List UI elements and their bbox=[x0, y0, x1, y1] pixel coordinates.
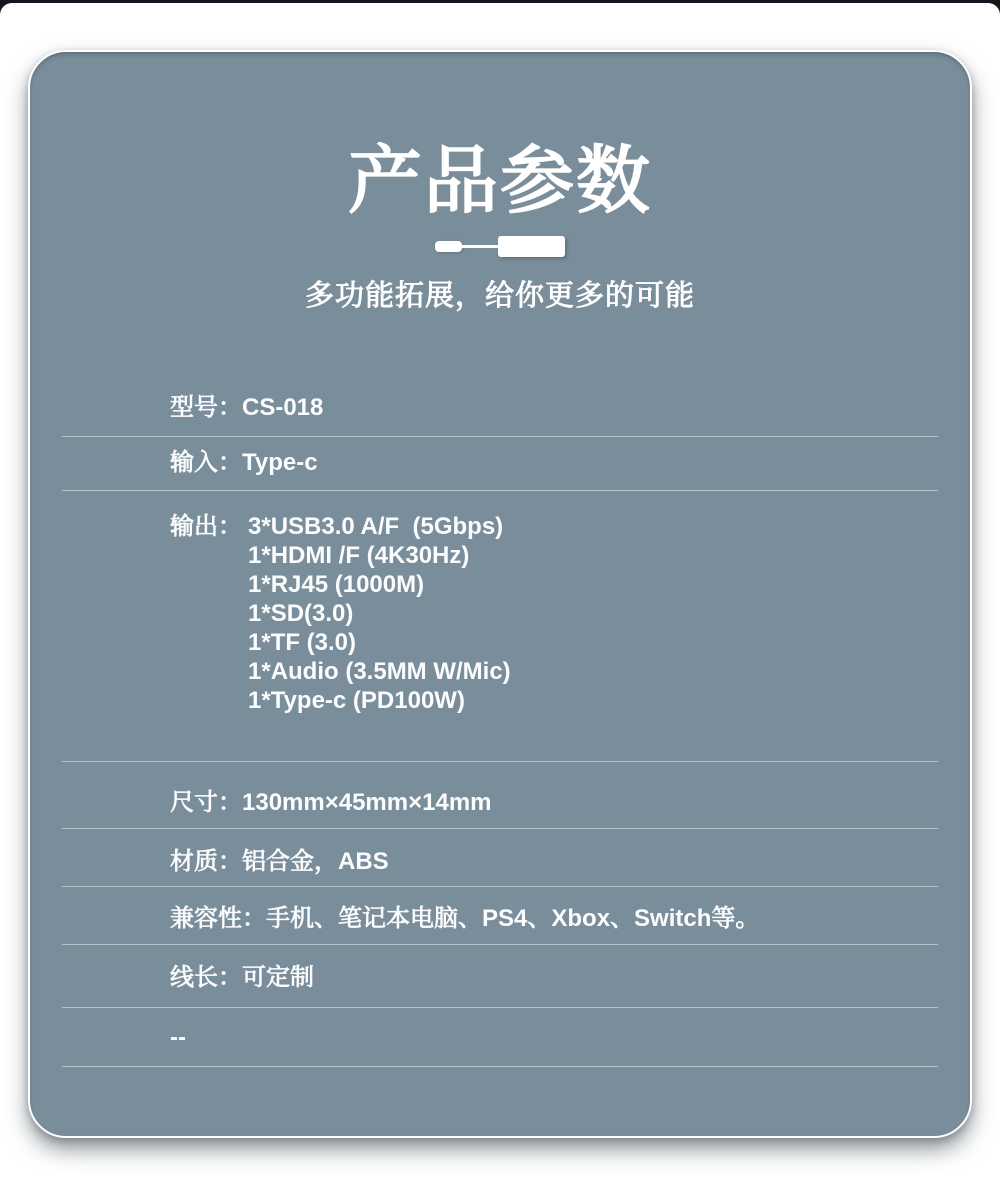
page-sheet: 产品参数 多功能拓展，给你更多的可能 型号： CS-018 输入： Type-c… bbox=[0, 3, 1000, 1191]
spec-value: 1*SD(3.0) bbox=[248, 599, 511, 628]
spec-value: Type-c bbox=[242, 448, 318, 478]
hub-shape bbox=[498, 236, 565, 257]
spec-value: CS-018 bbox=[242, 393, 323, 423]
spec-row-output: 输出： 3*USB3.0 A/F (5Gbps) 1*HDMI /F (4K30… bbox=[62, 491, 938, 762]
spec-card: 产品参数 多功能拓展，给你更多的可能 型号： CS-018 输入： Type-c… bbox=[28, 50, 972, 1138]
spec-row-placeholder: -- bbox=[62, 1008, 938, 1067]
spec-label: 型号： bbox=[170, 393, 242, 423]
spec-label: 输入： bbox=[170, 448, 242, 478]
spec-value: 1*HDMI /F (4K30Hz) bbox=[248, 541, 511, 570]
wire-shape bbox=[462, 245, 498, 248]
plug-shape bbox=[435, 241, 462, 252]
spec-row-model: 型号： CS-018 bbox=[62, 381, 938, 437]
spec-value: 1*TF (3.0) bbox=[248, 628, 511, 657]
spec-value: 可定制 bbox=[242, 963, 314, 993]
page-title: 产品参数 bbox=[30, 138, 970, 223]
spec-value: 1*Type-c (PD100W) bbox=[248, 686, 511, 715]
spec-row-material: 材质： 铝合金，ABS bbox=[62, 829, 938, 887]
spec-value: 1*Audio (3.5MM W/Mic) bbox=[248, 657, 511, 686]
spec-table: 型号： CS-018 输入： Type-c 输出： 3*USB3.0 A/F (… bbox=[62, 381, 938, 1067]
spec-row-input: 输入： Type-c bbox=[62, 437, 938, 491]
spec-value: 手机、笔记本电脑、PS4、Xbox、Switch等。 bbox=[266, 904, 759, 934]
spec-label: 兼容性： bbox=[170, 904, 266, 934]
spec-label: 线长： bbox=[170, 963, 242, 993]
spec-row-compatibility: 兼容性： 手机、笔记本电脑、PS4、Xbox、Switch等。 bbox=[62, 887, 938, 945]
spec-label: -- bbox=[170, 1023, 186, 1053]
spec-value: 3*USB3.0 A/F (5Gbps) bbox=[248, 512, 511, 541]
spec-label: 尺寸： bbox=[170, 788, 242, 818]
spec-value: 1*RJ45 (1000M) bbox=[248, 570, 511, 599]
spec-row-size: 尺寸： 130mm×45mm×14mm bbox=[62, 762, 938, 829]
page: 产品参数 多功能拓展，给你更多的可能 型号： CS-018 输入： Type-c… bbox=[0, 0, 1000, 1191]
spec-label: 输出： bbox=[170, 512, 242, 542]
spec-value: 铝合金，ABS bbox=[242, 847, 389, 877]
spec-row-cable-length: 线长： 可定制 bbox=[62, 945, 938, 1008]
spec-value-lines: 3*USB3.0 A/F (5Gbps) 1*HDMI /F (4K30Hz) … bbox=[248, 512, 511, 715]
spec-label: 材质： bbox=[170, 847, 242, 877]
cable-hub-icon bbox=[30, 235, 970, 257]
page-subtitle: 多功能拓展，给你更多的可能 bbox=[30, 279, 970, 314]
spec-value: 130mm×45mm×14mm bbox=[242, 788, 492, 818]
